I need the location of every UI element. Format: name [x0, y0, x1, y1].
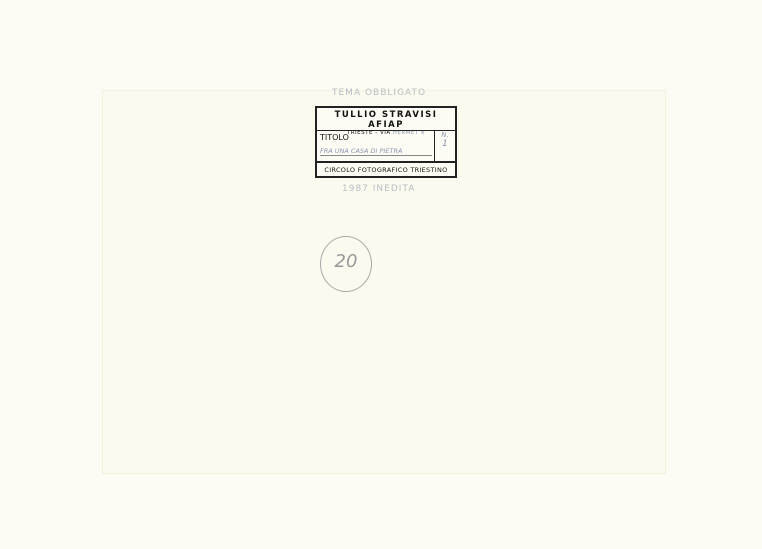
stamp-footer: CIRCOLO FOTOGRAFICO TRIESTINO [317, 166, 455, 174]
title-value: FRA UNA CASA DI PIETRA [320, 147, 432, 156]
title-label: TITOLO [320, 133, 432, 142]
circled-number: 20 [320, 236, 372, 292]
number-label: N. [435, 131, 455, 139]
number-value: 1 [435, 139, 455, 149]
stamp-name: TULLIO STRAVISI AFIAP [317, 110, 455, 130]
pencil-note-year: 1987 INEDITA [342, 184, 415, 194]
photographer-stamp: TULLIO STRAVISI AFIAP TRIESTE - VIA HERM… [315, 106, 457, 178]
pencil-note-top: TEMA OBBLIGATO [332, 88, 426, 98]
